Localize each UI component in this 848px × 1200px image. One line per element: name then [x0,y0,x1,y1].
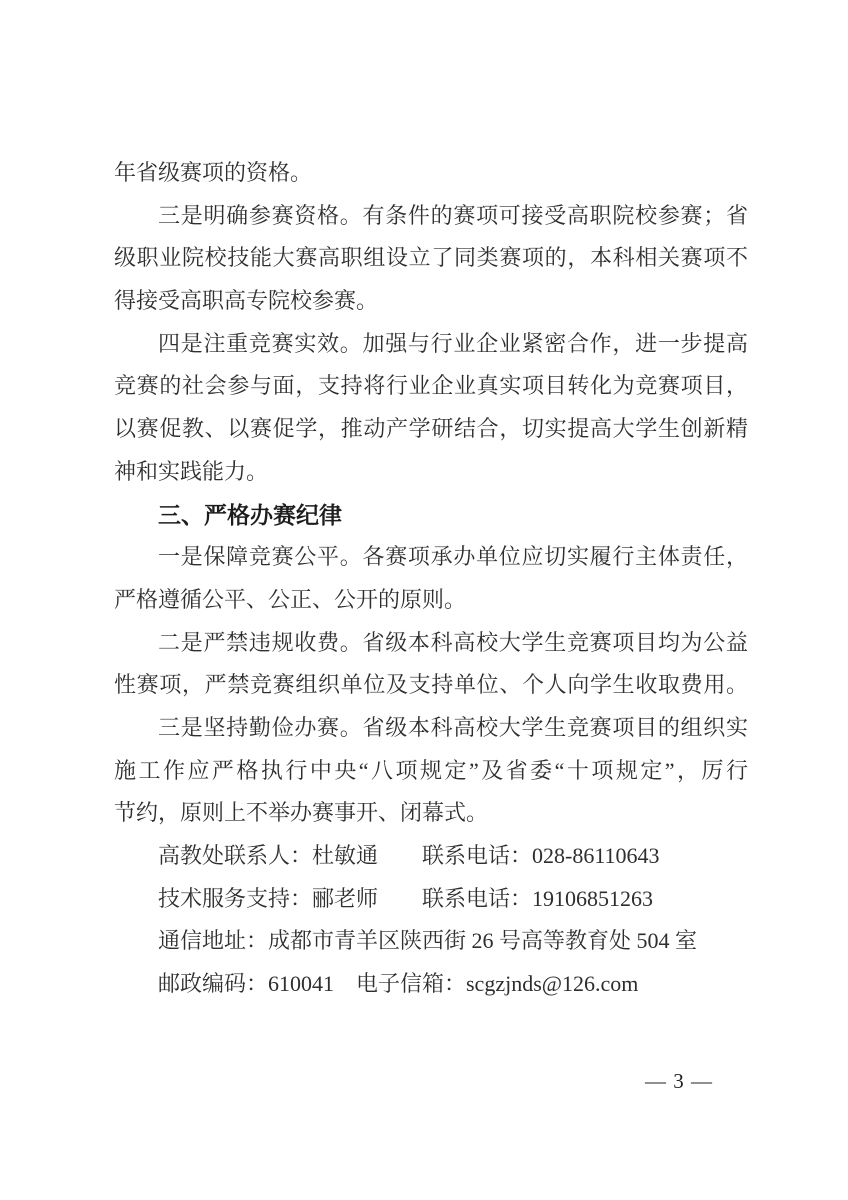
doc-line-fairness-start: 一是保障竞赛公平。各赛项承办单位应切实履行主体责任， [114,536,748,579]
doc-line-paragraph-end: 年省级赛项的资格。 [114,152,748,195]
doc-line-point4-start: 四是注重竞赛实效。加强与行业企业紧密合作，进一步提高 [114,323,748,366]
doc-line: 竞赛的社会参与面，支持将行业企业真实项目转化为竞赛项目， [114,365,748,408]
doc-line-nofee-start: 二是严禁违规收费。省级本科高校大学生竞赛项目均为公益 [114,622,748,665]
doc-line: 以赛促教、以赛促学，推动产学研结合，切实提高大学生创新精 [114,408,748,451]
doc-line-paragraph-end: 神和实践能力。 [114,451,748,494]
doc-line-paragraph-end: 得接受高职高专院校参赛。 [114,280,748,323]
mailing-address-line: 通信地址：成都市青羊区陕西街 26 号高等教育处 504 室 [114,920,748,963]
doc-line-thrift-start: 三是坚持勤俭办赛。省级本科高校大学生竞赛项目的组织实 [114,707,748,750]
doc-line: 施工作应严格执行中央“八项规定”及省委“十项规定”，厉行 [114,750,748,793]
document-page: 年省级赛项的资格。 三是明确参赛资格。有条件的赛项可接受高职院校参赛；省 级职业… [0,0,848,1200]
document-body: 年省级赛项的资格。 三是明确参赛资格。有条件的赛项可接受高职院校参赛；省 级职业… [114,152,748,1006]
tech-support-line: 技术服务支持：郦老师 联系电话：19106851263 [114,878,748,921]
section-heading-discipline: 三、严格办赛纪律 [114,494,748,537]
doc-line-paragraph-end: 性赛项，严禁竞赛组织单位及支持单位、个人向学生收取费用。 [114,664,748,707]
doc-line-paragraph-end: 严格遵循公平、公正、公开的原则。 [114,579,748,622]
page-number: — 3 — [645,1068,713,1094]
postcode-email-line: 邮政编码：610041 电子信箱：scgzjnds@126.com [114,963,748,1006]
doc-line: 级职业院校技能大赛高职组设立了同类赛项的，本科相关赛项不 [114,237,748,280]
contact-person-line: 高教处联系人：杜敏通 联系电话：028-86110643 [114,835,748,878]
doc-line-point3-start: 三是明确参赛资格。有条件的赛项可接受高职院校参赛；省 [114,195,748,238]
doc-line-paragraph-end: 节约，原则上不举办赛事开、闭幕式。 [114,792,748,835]
